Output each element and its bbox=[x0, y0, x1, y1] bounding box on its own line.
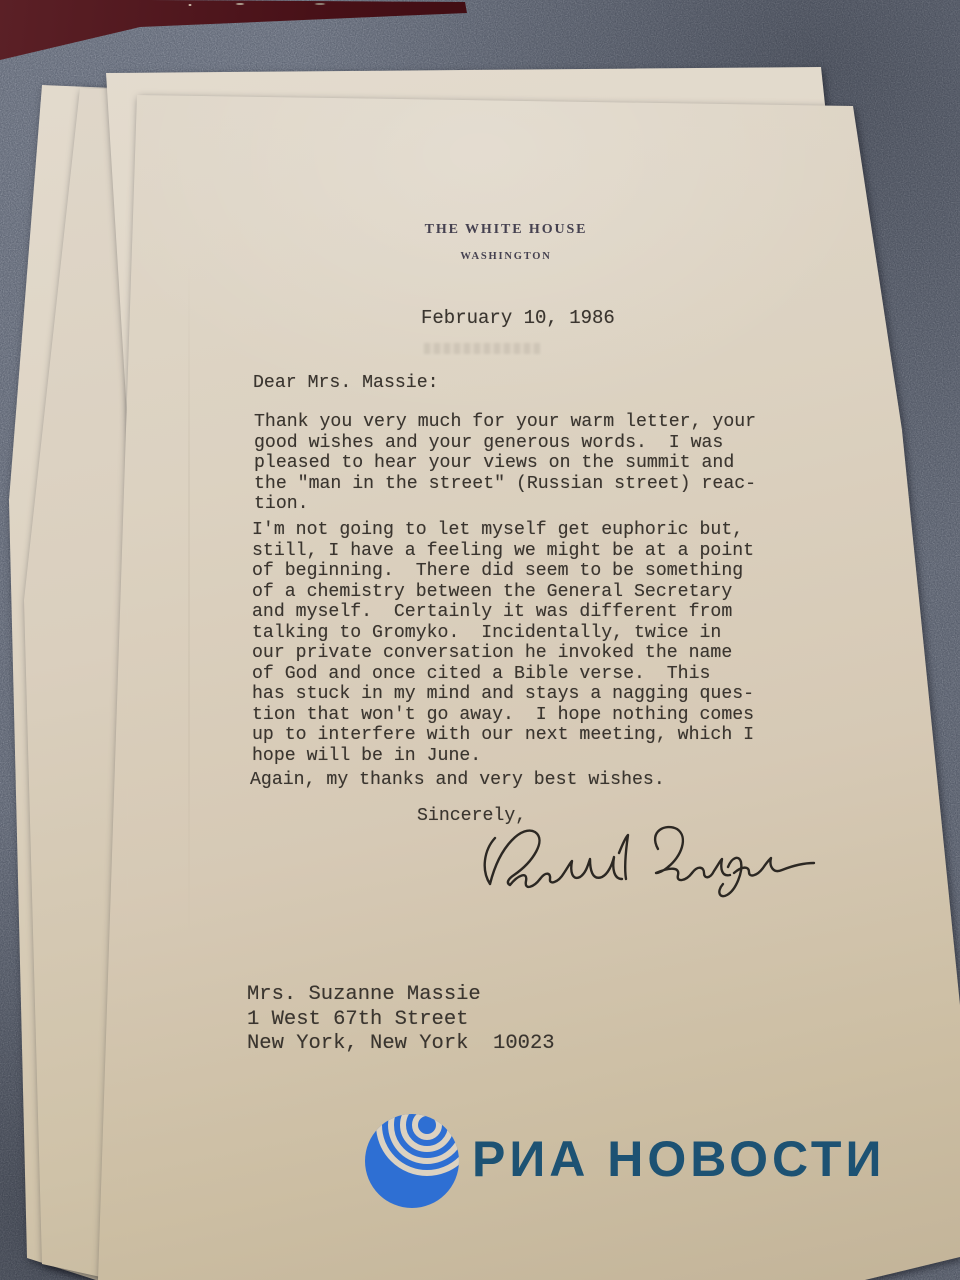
paper-crease bbox=[188, 260, 190, 940]
letterhead-title: THE WHITE HOUSE bbox=[351, 222, 661, 238]
photo-of-reagan-letter: THE WHITE HOUSE WASHINGTON February 10, … bbox=[0, 0, 960, 1280]
letterhead-city: WASHINGTON bbox=[351, 251, 661, 262]
paragraph-2: I'm not going to let myself get euphoric… bbox=[252, 520, 754, 766]
salutation: Dear Mrs. Massie: bbox=[253, 373, 439, 393]
ria-novosti-wordmark: РИА НОВОСТИ bbox=[472, 1130, 885, 1188]
erased-text-smudge bbox=[424, 343, 540, 354]
ria-novosti-globe-icon bbox=[364, 1113, 460, 1209]
ria-novosti-watermark: РИА НОВОСТИ bbox=[364, 1113, 885, 1209]
paragraph-1: Thank you very much for your warm letter… bbox=[254, 412, 756, 515]
letter-sheet-wrap: THE WHITE HOUSE WASHINGTON February 10, … bbox=[0, 0, 960, 1280]
letter-sheet: THE WHITE HOUSE WASHINGTON February 10, … bbox=[0, 0, 960, 1280]
letter-date: February 10, 1986 bbox=[421, 307, 615, 329]
recipient-address: Mrs. Suzanne Massie 1 West 67th Street N… bbox=[247, 983, 555, 1057]
signature-ronald-reagan bbox=[473, 822, 818, 902]
paragraph-3: Again, my thanks and very best wishes. bbox=[250, 770, 665, 791]
